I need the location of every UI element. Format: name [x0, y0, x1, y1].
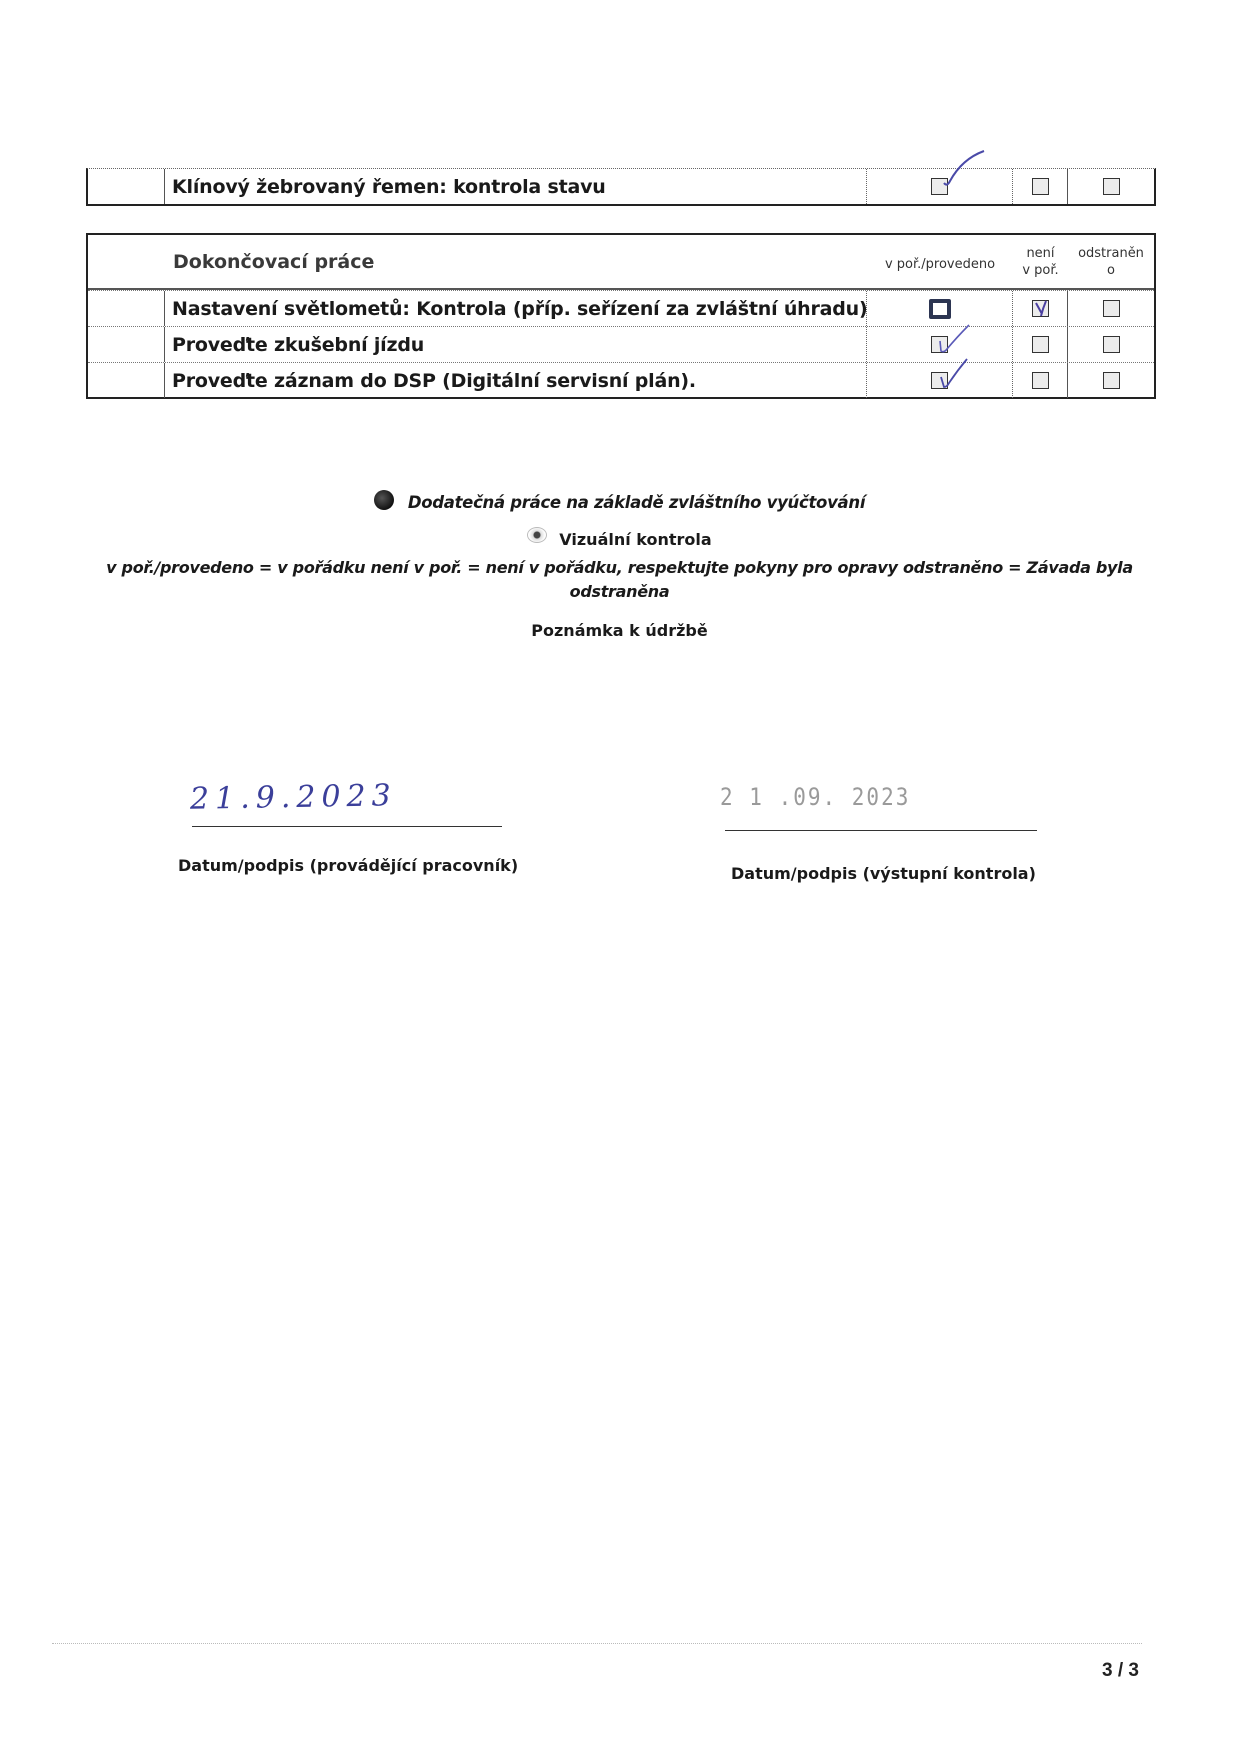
ok-checkbox[interactable] [929, 299, 951, 319]
worker-signature-line[interactable] [192, 826, 502, 827]
ok-cell [867, 363, 1013, 398]
legend-explanation-cont: odstraněna [0, 582, 1239, 601]
item-label: Klínový žebrovaný řemen: kontrola stavu [165, 169, 867, 204]
column-header-ok: v poř./provedeno [867, 235, 1013, 288]
ok-checkbox[interactable] [931, 372, 948, 389]
table-row: Nastavení světlometů: Kontrola (příp. se… [88, 290, 1154, 326]
belt-check-table: Klínový žebrovaný řemen: kontrola stavu [86, 168, 1156, 206]
not-ok-checkbox[interactable] [1032, 336, 1049, 353]
worker-signature-label: Datum/podpis (provádějící pracovník) [178, 856, 518, 875]
row-number-cell [88, 327, 165, 362]
not-ok-cell [1013, 363, 1068, 398]
not-ok-cell [1013, 327, 1068, 362]
ok-cell [867, 327, 1013, 362]
cross-mark-icon [1034, 300, 1050, 318]
section-title: Dokončovací práce [88, 235, 867, 288]
item-label: Nastavení světlometů: Kontrola (příp. se… [165, 291, 867, 326]
fixed-cell [1068, 363, 1154, 398]
not-ok-cell [1013, 169, 1068, 204]
table-row: Proveďte záznam do DSP (Digitální servis… [88, 362, 1154, 398]
ok-cell [867, 169, 1013, 204]
page-number: 3 / 3 [1102, 1660, 1139, 1682]
row-number-cell [88, 291, 165, 326]
column-header-not-ok: nenív poř. [1013, 235, 1068, 288]
inspection-signature-label: Datum/podpis (výstupní kontrola) [731, 864, 1036, 883]
item-label: Proveďte zkušební jízdu [165, 327, 867, 362]
not-ok-checkbox[interactable] [1032, 372, 1049, 389]
row-number-cell [88, 363, 165, 398]
legend-explanation: v poř./provedeno = v pořádku není v poř.… [0, 558, 1239, 577]
column-header-fixed: odstraněno [1068, 235, 1154, 288]
fixed-cell [1068, 327, 1154, 362]
table-row: Proveďte zkušební jízdu [88, 326, 1154, 362]
fixed-cell [1068, 291, 1154, 326]
ok-checkbox[interactable] [931, 336, 948, 353]
fixed-checkbox[interactable] [1103, 178, 1120, 195]
finishing-work-table: Dokončovací práce v poř./provedeno nenív… [86, 233, 1156, 399]
ok-cell [867, 291, 1013, 326]
maintenance-note-heading: Poznámka k údržbě [0, 621, 1239, 640]
black-dot-icon [374, 490, 394, 510]
row-number-cell [88, 169, 165, 204]
table-header: Dokončovací práce v poř./provedeno nenív… [88, 235, 1154, 290]
worker-handwritten-date: 21.9.2023 [190, 778, 397, 817]
table-row: Klínový žebrovaný řemen: kontrola stavu [88, 169, 1154, 204]
fixed-checkbox[interactable] [1103, 372, 1120, 389]
fixed-checkbox[interactable] [1103, 300, 1120, 317]
inspection-date-stamp: 2 1 .09. 2023 [720, 783, 910, 811]
not-ok-checkbox[interactable] [1032, 300, 1049, 317]
item-label: Proveďte záznam do DSP (Digitální servis… [165, 363, 867, 398]
footer-divider [52, 1643, 1142, 1644]
ok-checkbox[interactable] [931, 178, 948, 195]
not-ok-cell [1013, 291, 1068, 326]
fixed-cell [1068, 169, 1154, 204]
eye-icon [527, 527, 547, 543]
legend-extra-work: Dodatečná práce na základě zvláštního vy… [0, 490, 1239, 512]
legend-visual-check: Vizuální kontrola [0, 527, 1239, 549]
inspection-signature-line[interactable] [725, 830, 1037, 831]
not-ok-checkbox[interactable] [1032, 178, 1049, 195]
fixed-checkbox[interactable] [1103, 336, 1120, 353]
